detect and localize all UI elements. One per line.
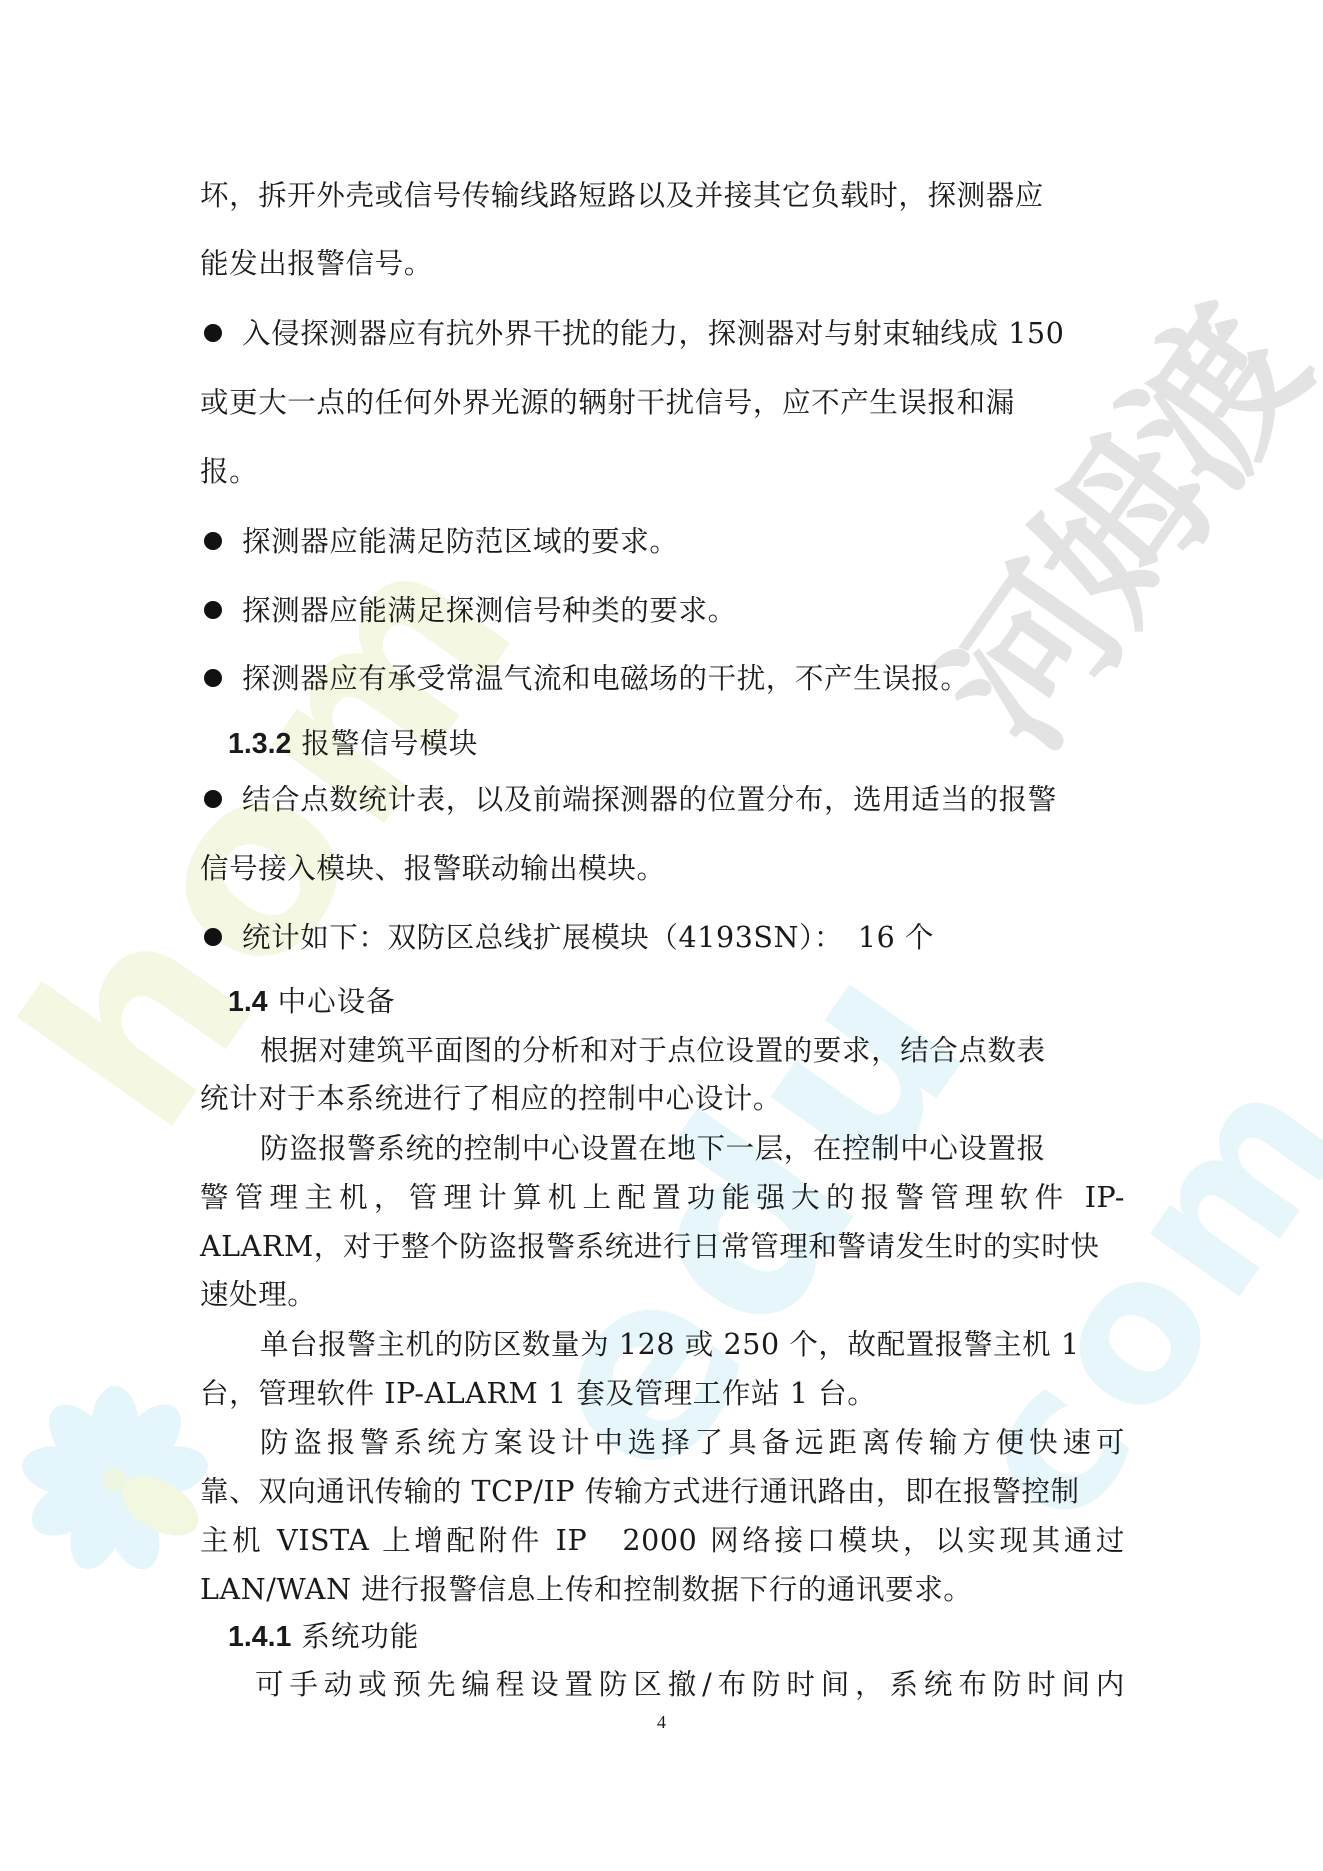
bullet-item: 结合点数统计表，以及前端探测器的位置分布，选用适当的报警 <box>200 782 1125 818</box>
bullet-icon <box>204 669 222 687</box>
paragraph-line: 靠、双向通讯传输的 TCP/IP 传输方式进行通讯路由，即在报警控制 <box>200 1474 1125 1510</box>
bullet-item: 探测器应能满足探测信号种类的要求。 <box>200 593 1125 629</box>
paragraph-line: 统计对于本系统进行了相应的控制中心设计。 <box>200 1081 1125 1117</box>
bullet-item: 探测器应能满足防范区域的要求。 <box>200 524 1125 560</box>
paragraph-line: 防盗报警系统的控制中心设置在地下一层，在控制中心设置报 <box>200 1131 1125 1167</box>
bullet-item: 统计如下：双防区总线扩展模块（4193SN）： 16 个 <box>200 920 1125 956</box>
paragraph-line: 报。 <box>200 454 1125 490</box>
section-heading-1-3-2: 1.3.2报警信号模块 <box>228 726 478 762</box>
paragraph-line: LAN/WAN 进行报警信息上传和控制数据下行的通讯要求。 <box>200 1572 1125 1608</box>
bullet-item: 入侵探测器应有抗外界干扰的能力，探测器对与射束轴线成 150 <box>200 316 1125 352</box>
bullet-text: 统计如下：双防区总线扩展模块（4193SN）： 16 个 <box>242 921 934 954</box>
paragraph-line: 或更大一点的任何外界光源的辆射干扰信号，应不产生误报和漏 <box>200 385 1125 421</box>
paragraph-line: 可手动或预先编程设置防区撤/布防时间，系统布防时间内 <box>255 1667 1125 1703</box>
bullet-text: 结合点数统计表，以及前端探测器的位置分布，选用适当的报警 <box>242 783 1057 816</box>
paragraph-line: 信号接入模块、报警联动输出模块。 <box>200 851 1125 887</box>
heading-title: 系统功能 <box>301 1620 419 1653</box>
heading-number: 1.4 <box>228 986 268 1018</box>
bullet-text: 探测器应有承受常温气流和电磁场的干扰，不产生误报。 <box>242 662 970 695</box>
paragraph-line: 根据对建筑平面图的分析和对于点位设置的要求，结合点数表 <box>200 1033 1125 1069</box>
heading-title: 中心设备 <box>278 985 396 1018</box>
paragraph-line: 速处理。 <box>200 1277 1125 1313</box>
bullet-icon <box>204 324 222 342</box>
paragraph-line: 坏，拆开外壳或信号传输线路短路以及并接其它负载时，探测器应 <box>200 178 1125 214</box>
paragraph-line: 单台报警主机的防区数量为 128 或 250 个，故配置报警主机 1 <box>200 1327 1125 1363</box>
section-heading-1-4: 1.4中心设备 <box>228 984 396 1020</box>
document-page: 坏，拆开外壳或信号传输线路短路以及并接其它负载时，探测器应 能发出报警信号。 入… <box>0 0 1323 1871</box>
paragraph-line: 警管理主机，管理计算机上配置功能强大的报警管理软件 IP- <box>200 1180 1125 1216</box>
page-number: 4 <box>0 1712 1323 1733</box>
bullet-icon <box>204 601 222 619</box>
heading-title: 报警信号模块 <box>301 727 478 760</box>
heading-number: 1.4.1 <box>228 1621 291 1653</box>
paragraph-line: 主机 VISTA 上增配附件 IP 2000 网络接口模块，以实现其通过 <box>200 1523 1125 1559</box>
paragraph-line: ALARM，对于整个防盗报警系统进行日常管理和警请发生时的实时快 <box>200 1229 1125 1265</box>
bullet-item: 探测器应有承受常温气流和电磁场的干扰，不产生误报。 <box>200 661 1125 697</box>
bullet-text: 入侵探测器应有抗外界干扰的能力，探测器对与射束轴线成 150 <box>242 317 1064 350</box>
bullet-icon <box>204 790 222 808</box>
bullet-icon <box>204 928 222 946</box>
paragraph-line: 能发出报警信号。 <box>200 246 1125 282</box>
bullet-text: 探测器应能满足探测信号种类的要求。 <box>242 594 737 627</box>
section-heading-1-4-1: 1.4.1系统功能 <box>228 1619 419 1655</box>
paragraph-line: 防盗报警系统方案设计中选择了具备远距离传输方便快速可 <box>200 1425 1125 1461</box>
paragraph-line: 台，管理软件 IP-ALARM 1 套及管理工作站 1 台。 <box>200 1376 1125 1412</box>
bullet-icon <box>204 532 222 550</box>
bullet-text: 探测器应能满足防范区域的要求。 <box>242 525 679 558</box>
heading-number: 1.3.2 <box>228 728 291 760</box>
